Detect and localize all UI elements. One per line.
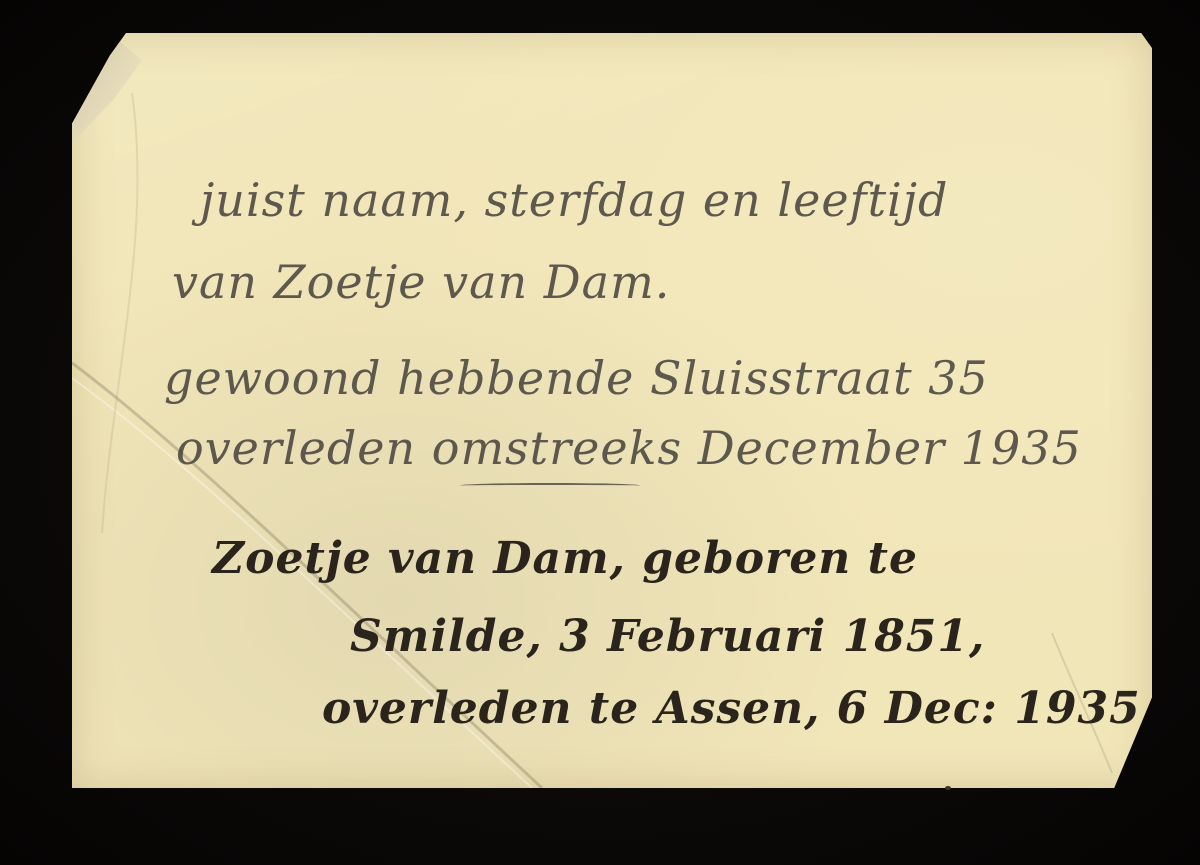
ink-line-2: Smilde, 3 Februari 1851,	[350, 611, 985, 662]
handwritten-text: juist naam, sterfdag en leeftijd van Zoe…	[72, 33, 1152, 788]
ink-line-3: overleden te Assen, 6 Dec: 1935.	[322, 683, 1157, 734]
ink-line-1: Zoetje van Dam, geboren te	[212, 533, 918, 584]
note-card: juist naam, sterfdag en leeftijd van Zoe…	[72, 33, 1152, 788]
pencil-line-2: van Zoetje van Dam.	[172, 255, 670, 309]
pencil-line-4: overleden omstreeks December 1935	[176, 421, 1082, 475]
underline-omstreeks	[460, 483, 640, 488]
pencil-line-3: gewoond hebbende Sluisstraat 35	[164, 351, 989, 405]
dust-speck	[945, 786, 951, 790]
scan-background: juist naam, sterfdag en leeftijd van Zoe…	[0, 0, 1200, 865]
pencil-line-1: juist naam, sterfdag en leeftijd	[200, 173, 948, 227]
